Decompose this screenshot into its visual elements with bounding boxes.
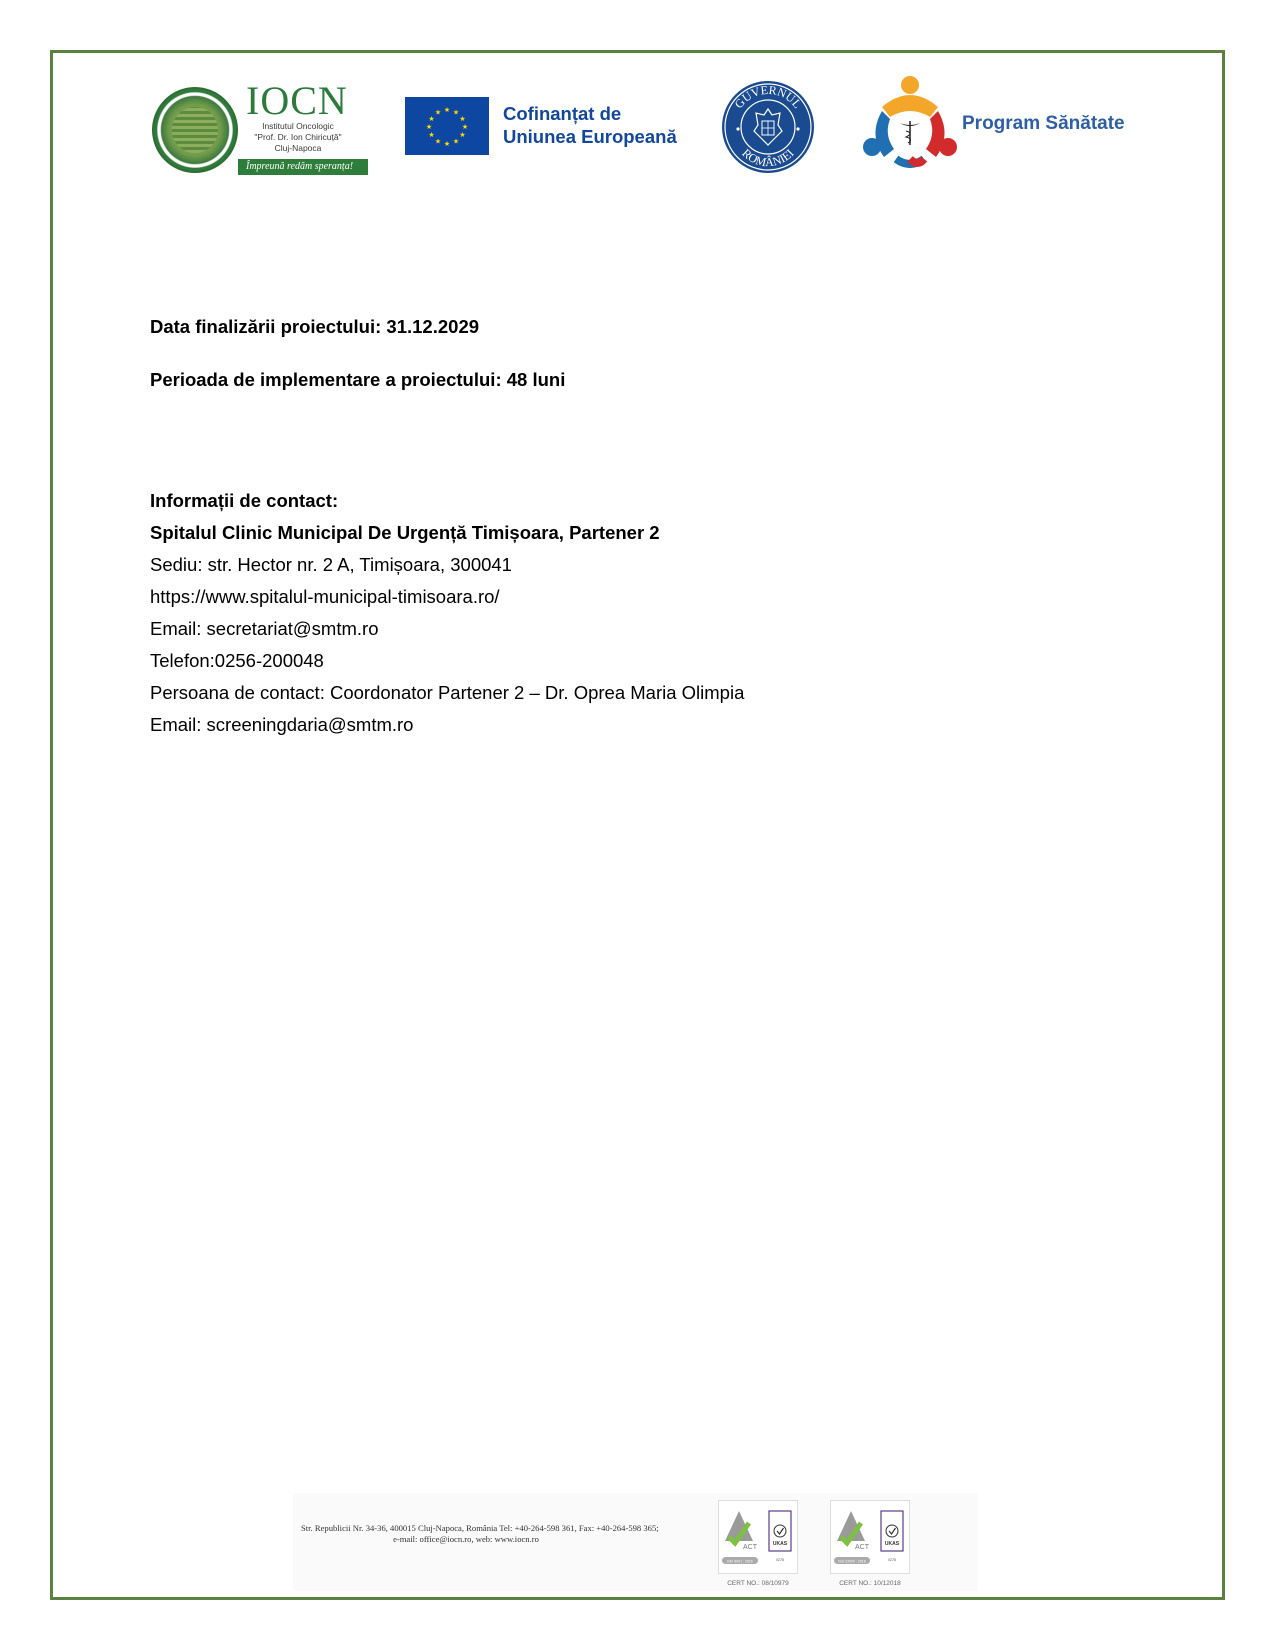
certificate-1: ACT ISO 9001 : 2015 UKAS 0278 CERT NO.: … bbox=[718, 1500, 798, 1594]
certificate-2: ACT ISO 22000 : 2018 UKAS 0278 CERT NO.:… bbox=[830, 1500, 910, 1594]
svg-text:★: ★ bbox=[459, 131, 465, 139]
certificate-number: CERT NO.: 08/10979 bbox=[718, 1580, 798, 1587]
svg-text:★: ★ bbox=[435, 138, 441, 146]
iocn-title: IOCN bbox=[246, 81, 348, 121]
program-label: Program Sănătate bbox=[962, 113, 1125, 135]
act-label: ACT bbox=[743, 1544, 758, 1551]
iocn-subtitle-line: Cluj-Napoca bbox=[242, 143, 354, 154]
contact-heading: Informații de contact: bbox=[150, 485, 744, 517]
certificate-number: CERT NO.: 10/12018 bbox=[830, 1580, 910, 1587]
ukas-label: UKAS bbox=[773, 1541, 788, 1547]
project-end-date: Data finalizării proiectului: 31.12.2029 bbox=[150, 311, 479, 343]
eu-flag-icon: ★★★ ★★★ ★★★ ★★★ bbox=[405, 97, 489, 155]
iso-standard: ISO 9001 : 2015 bbox=[727, 1560, 753, 1564]
svg-text:★: ★ bbox=[426, 123, 432, 131]
project-period: Perioada de implementare a proiectului: … bbox=[150, 364, 565, 396]
svg-text:★: ★ bbox=[435, 109, 441, 117]
svg-text:★: ★ bbox=[462, 123, 468, 131]
iocn-subtitle: Institutul Oncologic "Prof. Dr. Ion Chir… bbox=[242, 121, 354, 154]
svg-text:★: ★ bbox=[428, 115, 434, 123]
iocn-subtitle-line: "Prof. Dr. Ion Chiricuță" bbox=[242, 132, 354, 143]
svg-text:★: ★ bbox=[453, 109, 459, 117]
svg-text:★: ★ bbox=[453, 138, 459, 146]
ukas-number: 0278 bbox=[776, 1558, 784, 1562]
certificate-badge-icon: ACT ISO 9001 : 2015 UKAS 0278 bbox=[718, 1500, 798, 1574]
footer-address-line: Str. Republicii Nr. 34-36, 400015 Cluj-N… bbox=[301, 1523, 631, 1534]
footer-email-line: e-mail: office@iocn.ro, web: www.iocn.ro bbox=[301, 1534, 631, 1545]
program-people-circle-icon bbox=[860, 75, 960, 175]
iocn-seal-icon bbox=[152, 87, 238, 173]
footer: Str. Republicii Nr. 34-36, 400015 Cluj-N… bbox=[293, 1493, 978, 1591]
act-label: ACT bbox=[855, 1544, 870, 1551]
contact-person: Persoana de contact: Coordonator Partene… bbox=[150, 677, 744, 709]
romanian-government-seal-icon: GUVERNUL ROMÂNIEI bbox=[720, 79, 816, 175]
svg-text:★: ★ bbox=[444, 106, 450, 114]
eu-text: Cofinanțat de Uniunea Europeană bbox=[503, 102, 677, 148]
iocn-logo: IOCN Institutul Oncologic "Prof. Dr. Ion… bbox=[150, 81, 370, 179]
eu-text-line: Uniunea Europeană bbox=[503, 125, 677, 148]
contact-email[interactable]: Email: secretariat@smtm.ro bbox=[150, 613, 744, 645]
iso-standard: ISO 22000 : 2018 bbox=[838, 1560, 865, 1564]
ukas-number: 0278 bbox=[888, 1558, 896, 1562]
certificate-badge-icon: ACT ISO 22000 : 2018 UKAS 0278 bbox=[830, 1500, 910, 1574]
svg-text:★: ★ bbox=[444, 140, 450, 148]
svg-text:★: ★ bbox=[459, 115, 465, 123]
svg-text:★: ★ bbox=[428, 131, 434, 139]
contact-phone: Telefon:0256-200048 bbox=[150, 645, 744, 677]
footer-address: Str. Republicii Nr. 34-36, 400015 Cluj-N… bbox=[301, 1523, 631, 1545]
iocn-tagline: Împreună redăm speranța! bbox=[238, 159, 368, 175]
ukas-label: UKAS bbox=[885, 1541, 900, 1547]
contact-address: Sediu: str. Hector nr. 2 A, Timișoara, 3… bbox=[150, 549, 744, 581]
contact-website-link[interactable]: https://www.spitalul-municipal-timisoara… bbox=[150, 581, 744, 613]
eu-cofinancing-logo: ★★★ ★★★ ★★★ ★★★ Cofinanțat de Uniunea Eu… bbox=[405, 97, 695, 157]
page-border bbox=[50, 50, 1225, 1600]
contact-section: Informații de contact: Spitalul Clinic M… bbox=[150, 485, 744, 741]
header-logos: IOCN Institutul Oncologic "Prof. Dr. Ion… bbox=[150, 75, 1110, 185]
contact-person-email[interactable]: Email: screeningdaria@smtm.ro bbox=[150, 709, 744, 741]
contact-organization: Spitalul Clinic Municipal De Urgență Tim… bbox=[150, 517, 744, 549]
program-sanatate-logo: Program Sănătate bbox=[860, 75, 1140, 175]
iocn-subtitle-line: Institutul Oncologic bbox=[242, 121, 354, 132]
eu-text-line: Cofinanțat de bbox=[503, 102, 677, 125]
